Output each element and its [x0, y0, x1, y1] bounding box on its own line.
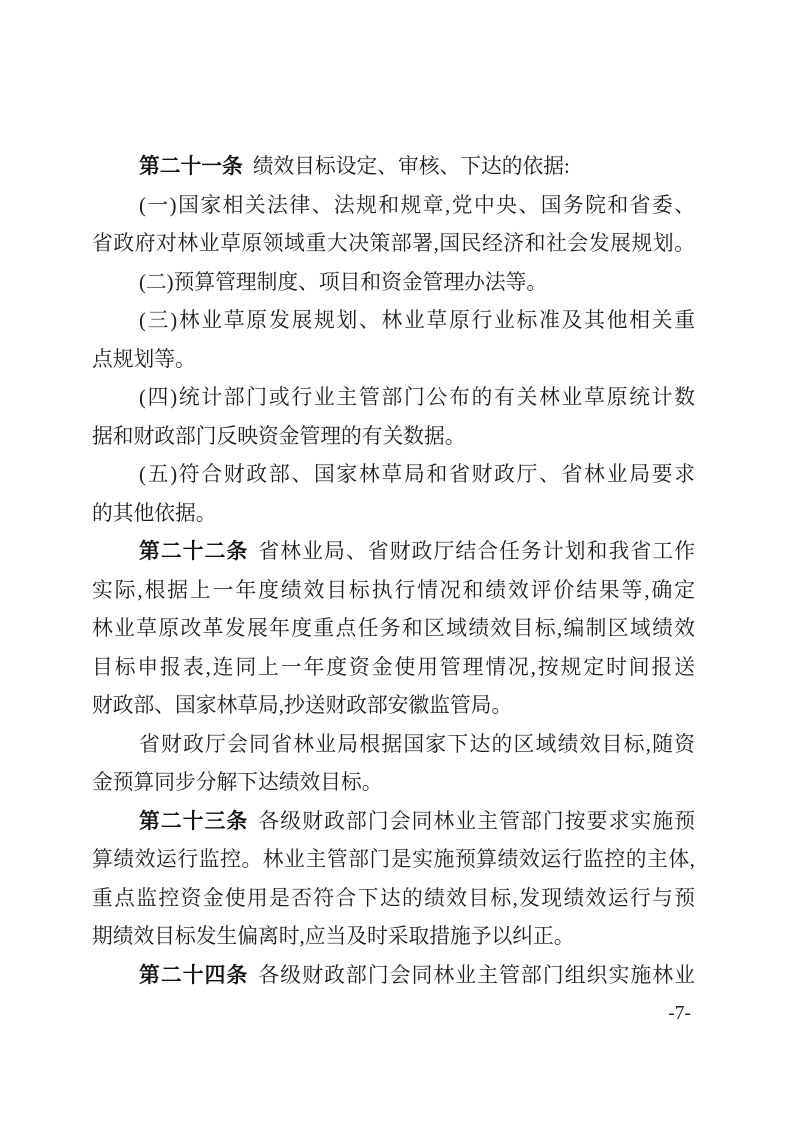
line-text: (二)预算管理制度、项目和资金管理办法等。 — [139, 272, 547, 294]
text-line: 省财政厅会同省林业局根据国家下达的区域绩效目标,随资 — [92, 726, 695, 765]
line-text: 省政府对林业草原领域重大决策部署,国民经济和社会发展规划。 — [92, 233, 695, 255]
line-text: 据和财政部门反映资金管理的有关数据。 — [92, 426, 466, 448]
paragraph: (四)统计部门或行业主管部门公布的有关林业草原统计数据和财政部门反映资金管理的有… — [92, 379, 695, 456]
text-line: 第二十二条省林业局、省财政厅结合任务计划和我省工作 — [92, 533, 695, 572]
line-text: (四)统计部门或行业主管部门公布的有关林业草原统计数 — [139, 387, 695, 409]
text-line: (二)预算管理制度、项目和资金管理办法等。 — [92, 264, 695, 303]
text-line: (一)国家相关法律、法规和规章,党中央、国务院和省委、 — [92, 187, 695, 226]
paragraph: 第二十四条各级财政部门会同林业主管部门组织实施林业 — [92, 957, 695, 996]
line-text: (三)林业草原发展规划、林业草原行业标准及其他相关重 — [139, 310, 695, 332]
paragraph: 第二十二条省林业局、省财政厅结合任务计划和我省工作实际,根据上一年度绩效目标执行… — [92, 533, 695, 726]
line-text: 目标申报表,连同上一年度资金使用管理情况,按规定时间报送 — [92, 657, 695, 679]
line-text: 各级财政部门会同林业主管部门组织实施林业 — [258, 965, 695, 987]
text-line: (五)符合财政部、国家林草局和省财政厅、省林业局要求 — [92, 456, 695, 495]
text-line: 重点监控资金使用是否符合下达的绩效目标,发现绩效运行与预 — [92, 880, 695, 919]
line-text: 期绩效目标发生偏离时,应当及时采取措施予以纠正。 — [92, 926, 574, 948]
line-text: 金预算同步分解下达绩效目标。 — [92, 772, 383, 794]
page-number: -7- — [92, 995, 695, 1034]
article-number: 第二十三条 — [139, 811, 248, 833]
paragraph: 省财政厅会同省林业局根据国家下达的区域绩效目标,随资金预算同步分解下达绩效目标。 — [92, 726, 695, 803]
line-text: 省林业局、省财政厅结合任务计划和我省工作 — [258, 541, 695, 563]
line-text: 算绩效运行监控。林业主管部门是实施预算绩效运行监控的主体, — [92, 849, 695, 871]
text-line: 期绩效目标发生偏离时,应当及时采取措施予以纠正。 — [92, 918, 695, 957]
line-text: 重点监控资金使用是否符合下达的绩效目标,发现绩效运行与预 — [92, 888, 695, 910]
article-number: 第二十一条 — [139, 156, 243, 178]
line-text: 省财政厅会同省林业局根据国家下达的区域绩效目标,随资 — [139, 734, 695, 756]
text-line: 林业草原改革发展年度重点任务和区域绩效目标,编制区域绩效 — [92, 610, 695, 649]
line-text: 财政部、国家林草局,抄送财政部安徽监管局。 — [92, 695, 512, 717]
text-line: (三)林业草原发展规划、林业草原行业标准及其他相关重 — [92, 302, 695, 341]
text-line: 点规划等。 — [92, 341, 695, 380]
text-line: 据和财政部门反映资金管理的有关数据。 — [92, 418, 695, 457]
line-text: 实际,根据上一年度绩效目标执行情况和绩效评价结果等,确定 — [92, 580, 695, 602]
text-line: 算绩效运行监控。林业主管部门是实施预算绩效运行监控的主体, — [92, 841, 695, 880]
article-number: 第二十二条 — [139, 541, 248, 563]
line-text: (一)国家相关法律、法规和规章,党中央、国务院和省委、 — [139, 195, 695, 217]
text-line: 第二十四条各级财政部门会同林业主管部门组织实施林业 — [92, 957, 695, 996]
line-text: 林业草原改革发展年度重点任务和区域绩效目标,编制区域绩效 — [92, 618, 695, 640]
article-number: 第二十四条 — [139, 965, 248, 987]
line-text: 各级财政部门会同林业主管部门按要求实施预 — [258, 811, 695, 833]
text-line: 省政府对林业草原领域重大决策部署,国民经济和社会发展规划。 — [92, 225, 695, 264]
text-line: 实际,根据上一年度绩效目标执行情况和绩效评价结果等,确定 — [92, 572, 695, 611]
line-text: 点规划等。 — [92, 349, 196, 371]
line-text: 的其他依据。 — [92, 503, 217, 525]
paragraph: (五)符合财政部、国家林草局和省财政厅、省林业局要求的其他依据。 — [92, 456, 695, 533]
text-line: 金预算同步分解下达绩效目标。 — [92, 764, 695, 803]
text-line: 财政部、国家林草局,抄送财政部安徽监管局。 — [92, 687, 695, 726]
line-text: 绩效目标设定、审核、下达的依据: — [253, 156, 570, 178]
text-line: 的其他依据。 — [92, 495, 695, 534]
text-line: (四)统计部门或行业主管部门公布的有关林业草原统计数 — [92, 379, 695, 418]
line-text: (五)符合财政部、国家林草局和省财政厅、省林业局要求 — [139, 464, 695, 486]
document-body: 第二十一条绩效目标设定、审核、下达的依据:(一)国家相关法律、法规和规章,党中央… — [92, 148, 695, 1034]
text-line: 目标申报表,连同上一年度资金使用管理情况,按规定时间报送 — [92, 649, 695, 688]
paragraph: (二)预算管理制度、项目和资金管理办法等。 — [92, 264, 695, 303]
paragraph: 第二十一条绩效目标设定、审核、下达的依据: — [92, 148, 695, 187]
text-line: 第二十三条各级财政部门会同林业主管部门按要求实施预 — [92, 803, 695, 842]
paragraph: 第二十三条各级财政部门会同林业主管部门按要求实施预算绩效运行监控。林业主管部门是… — [92, 803, 695, 957]
paragraph: (一)国家相关法律、法规和规章,党中央、国务院和省委、省政府对林业草原领域重大决… — [92, 187, 695, 264]
paragraph: (三)林业草原发展规划、林业草原行业标准及其他相关重点规划等。 — [92, 302, 695, 379]
text-line: 第二十一条绩效目标设定、审核、下达的依据: — [92, 148, 695, 187]
document-page: 第二十一条绩效目标设定、审核、下达的依据:(一)国家相关法律、法规和规章,党中央… — [0, 0, 793, 1122]
